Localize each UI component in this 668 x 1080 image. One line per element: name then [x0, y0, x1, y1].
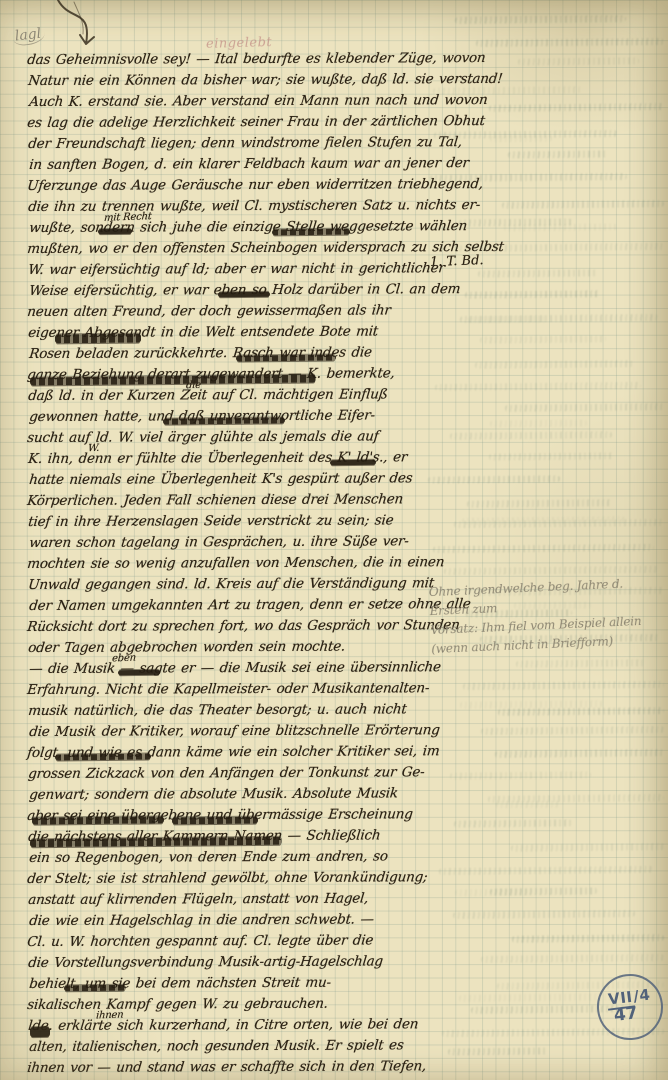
- ghost-line: [502, 200, 664, 209]
- manuscript-line: sucht auf ld. W. viel ärger glühte als j…: [26, 428, 379, 451]
- ghost-line: [511, 843, 664, 852]
- manuscript-line: Körperlichen. Jeden Fall schienen diese …: [26, 491, 404, 514]
- ghost-line: [495, 749, 664, 758]
- ghost-line: [460, 700, 603, 708]
- ink-strikethrough: [55, 334, 141, 344]
- manuscript-line: wußte, sondern sich juhe die einzige Ste…: [28, 218, 468, 241]
- interlinear-insertion: W.: [88, 443, 100, 454]
- manuscript-line: Natur nie ein Können da bisher war; sie …: [27, 71, 503, 94]
- ghost-line: [455, 889, 529, 897]
- ghost-line: [465, 291, 600, 299]
- manuscript-line: genwart; sondern die absolute Musik. Abs…: [28, 785, 399, 808]
- ghost-line: [439, 866, 653, 875]
- manuscript-line: die ihn zu trennen wußte, weil Cl. mysti…: [27, 197, 481, 220]
- corner-pencil-notation: lagl: [12, 25, 46, 46]
- manuscript-line: der Freundschaft liegen; denn windstrome…: [27, 134, 463, 157]
- ghost-line: [453, 910, 635, 919]
- ghost-line: [490, 135, 552, 143]
- ghost-line: [496, 800, 560, 808]
- ghost-line: [490, 887, 597, 895]
- red-pencil-annotation: eingelebt: [206, 35, 273, 52]
- ink-strikethrough: [118, 670, 160, 675]
- ghost-line: [489, 104, 664, 113]
- manuscript-line: — die Musik — sagte er — die Musik sei e…: [28, 659, 442, 682]
- manuscript-line: anstatt auf klirrenden Flügeln, anstatt …: [27, 891, 369, 913]
- ghost-line: [455, 15, 626, 24]
- ghost-line: [450, 771, 591, 779]
- ghost-line: [475, 360, 633, 369]
- manuscript-line: das Geheimnisvolle sey! — Ital bedurfte …: [26, 50, 486, 73]
- ghost-line: [476, 38, 664, 47]
- ghost-line: [504, 224, 617, 232]
- margin-note-pencil: Ohne irgendwelche beg. Jahre d. Ersten z…: [428, 573, 667, 659]
- manuscript-line: tief in ihre Herzenslagen Seide verstric…: [27, 512, 394, 535]
- manuscript-line: oder Tagen abgebrochen worden sein mocht…: [27, 639, 346, 661]
- manuscript-line: hatte niemals eine Überlegenheit K's ges…: [28, 470, 413, 493]
- manuscript-line: der Stelt; sie ist strahlend gewölbt, oh…: [26, 869, 428, 892]
- manuscript-line: mochten sie so wenig anzufallen von Mens…: [26, 554, 445, 577]
- ghost-line: [467, 499, 612, 508]
- manuscript-line: lde. erklärte sich kurzerhand, in Citre …: [27, 1016, 419, 1039]
- manuscript-line: grossen Zickzack von den Anfängen der To…: [27, 764, 425, 787]
- manuscript-line: die Musik der Kritiker, worauf eine blit…: [28, 722, 441, 745]
- margin-note-ink: 1. T. Bd.: [430, 253, 484, 270]
- ink-strikethrough: [98, 229, 132, 234]
- manuscript-line: Erfahrung. Nicht die Kapellmeister- oder…: [26, 680, 430, 703]
- ink-strikethrough: [330, 460, 376, 465]
- ghost-line: [444, 566, 658, 575]
- ghost-line: [480, 336, 606, 344]
- ghost-line: [512, 935, 664, 944]
- manuscript-line: W. war eifersüchtig auf ld; aber er war …: [27, 260, 446, 283]
- ink-strikethrough: [64, 985, 126, 992]
- ghost-line: [462, 516, 625, 525]
- manuscript-line: Uferzunge das Auge Geräusche nur eben wi…: [26, 176, 484, 199]
- manuscript-line: musik natürlich, die das Theater besorgt…: [27, 701, 407, 724]
- ghost-line: [468, 315, 547, 323]
- interlinear-insertion: die: [186, 380, 202, 392]
- ink-strikethrough: [272, 229, 350, 236]
- ghost-line: [433, 543, 654, 552]
- manuscript-line: Rücksicht dort zu sprechen fort, wo das …: [26, 617, 460, 640]
- ghost-line: [516, 660, 645, 668]
- interlinear-insertion: eben: [112, 653, 137, 665]
- ghost-line: [505, 403, 664, 412]
- ink-strikethrough: [32, 816, 164, 824]
- ghost-line: [481, 726, 664, 735]
- ghost-line: [463, 681, 664, 690]
- ghost-line: [454, 820, 572, 828]
- ghost-line: [460, 314, 658, 323]
- manuscript-line: waren schon tagelang in Gesprächen, u. i…: [28, 533, 410, 556]
- ink-strikethrough: [172, 817, 258, 825]
- ink-strikethrough: [163, 417, 285, 424]
- ink-strikethrough: [236, 354, 336, 361]
- ghost-line: [508, 151, 608, 159]
- ghost-line: [490, 419, 587, 427]
- archive-stamp: VII/4 47: [593, 970, 667, 1044]
- manuscript-line: Unwald gegangen sind. ld. Kreis auf die …: [27, 575, 435, 598]
- ghost-line: [428, 475, 560, 483]
- ghost-line: [481, 954, 664, 963]
- manuscript-line: Cl. u. W. horchten gespannt auf. Cl. leg…: [26, 932, 374, 955]
- manuscript-line: sikalischen Kampf gegen W. zu gebrauchen…: [26, 996, 329, 1018]
- stamp-denominator: 4: [638, 986, 651, 1005]
- manuscript-line: die Vorstellungsverbindung Musik-artig-H…: [27, 953, 384, 976]
- ghost-line: [489, 452, 614, 460]
- manuscript-line: daß ld. in der Kurzen Zeit auf Cl. mächt…: [27, 386, 388, 409]
- ink-strikethrough: [218, 292, 270, 298]
- manuscript-line: die wie ein Hagelschlag in die andren sc…: [28, 911, 375, 934]
- interlinear-insertion: ihnen: [96, 1010, 124, 1022]
- manuscript-line: es lag die adelige Herzlichkeit seiner F…: [26, 113, 486, 136]
- manuscript-line: neuen alten Freund, der doch gewissermaß…: [26, 302, 392, 325]
- ink-strikethrough: [30, 1027, 50, 1037]
- ghost-line: [450, 431, 612, 440]
- manuscript-page: lagl eingelebt das Geheimnisvolle sey! —…: [0, 0, 668, 1080]
- ghost-line: [518, 58, 639, 66]
- ghost-line: [435, 382, 641, 391]
- manuscript-line: ein so Regenbogen, von deren Ende zum an…: [28, 848, 389, 871]
- ghost-line: [498, 707, 664, 716]
- ghost-line: [448, 1047, 548, 1055]
- manuscript-line: ihnen vor — und stand was er schaffte si…: [26, 1058, 427, 1080]
- stamp-number: 47: [613, 1005, 639, 1026]
- ink-strikethrough: [55, 753, 151, 760]
- manuscript-line: alten, italienischen, noch gesunden Musi…: [28, 1037, 404, 1060]
- manuscript-line: Auch K. erstand sie. Aber verstand ein M…: [28, 92, 488, 115]
- manuscript-line: in sanften Bogen, d. ein klarer Feldbach…: [28, 155, 470, 178]
- interlinear-insertion: mit Recht: [104, 211, 152, 224]
- ghost-line: [488, 794, 664, 803]
- ghost-line: [478, 270, 598, 278]
- ghost-line: [454, 518, 664, 527]
- manuscript-line: der Namen umgekannten Art zu tragen, den…: [28, 596, 471, 619]
- ghost-line: [459, 219, 572, 227]
